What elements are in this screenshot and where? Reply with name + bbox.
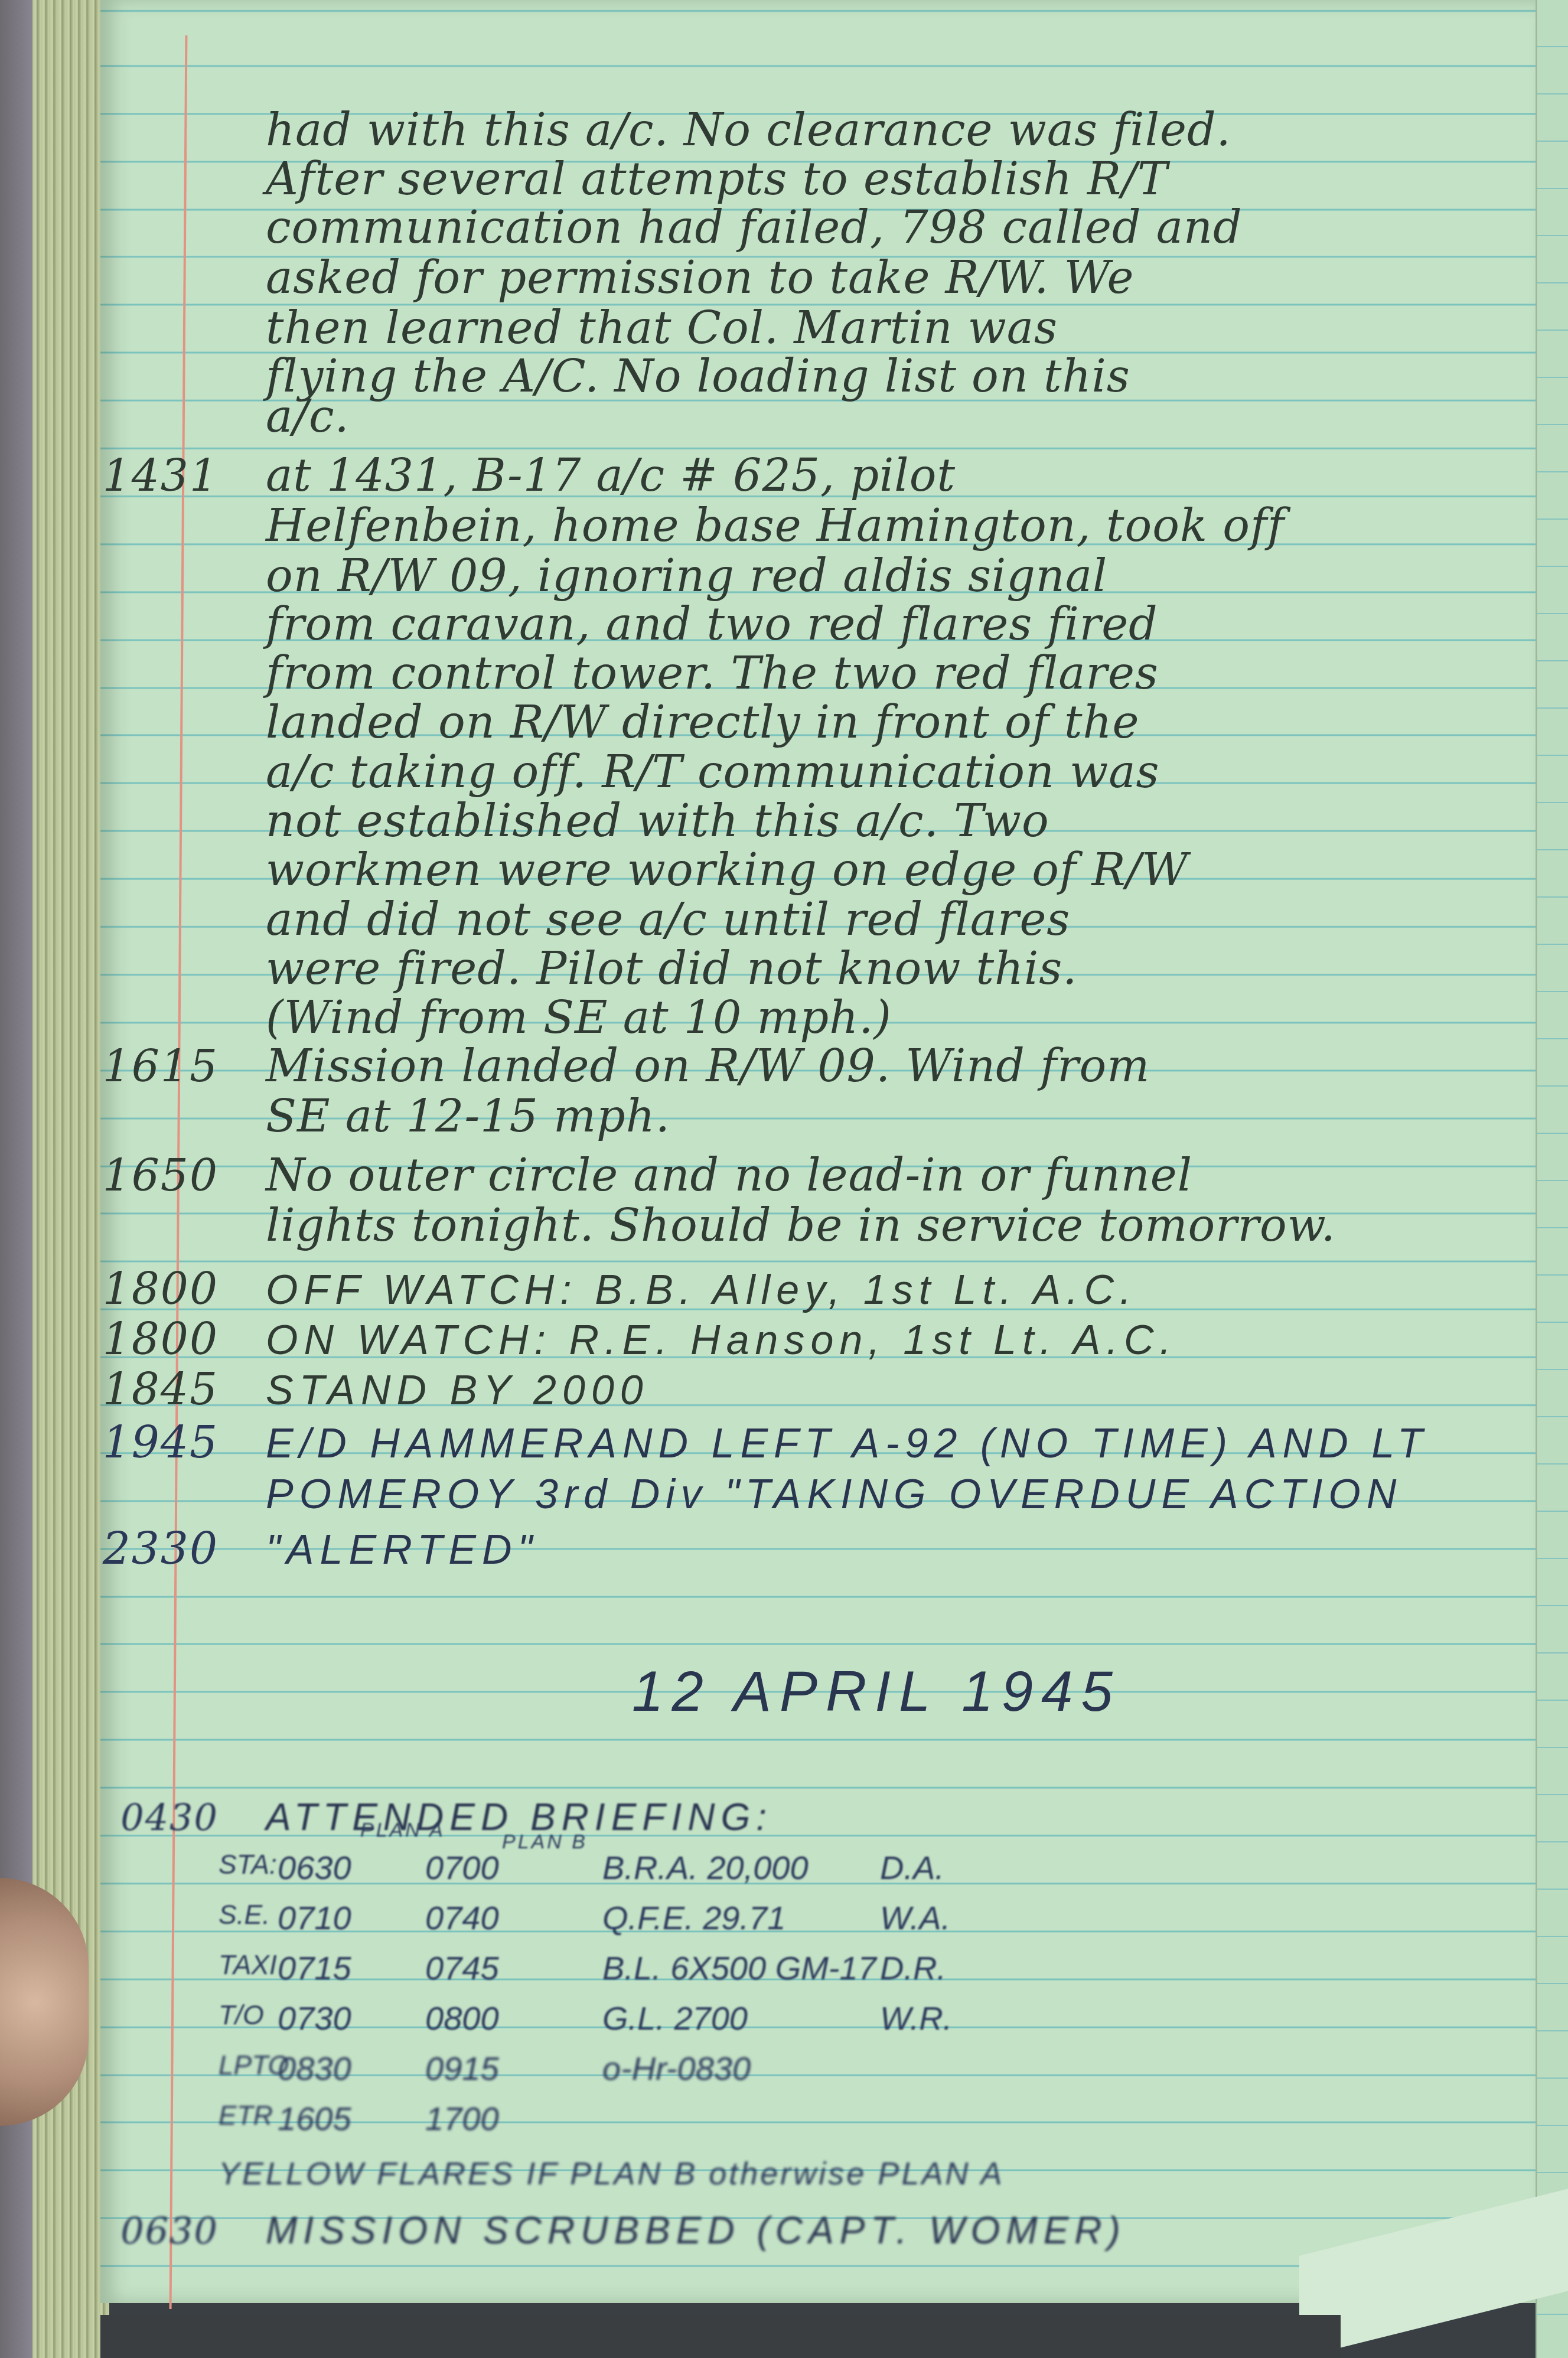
log-entry: 1431at 1431, B-17 a/c # 625, pilot — [100, 449, 1518, 501]
briefing-entry: 0430 ATTENDED BRIEFING: — [100, 1795, 1518, 1839]
log-entry: 1800ON WATCH: R.E. Hanson, 1st Lt. A.C. — [100, 1314, 1518, 1365]
entry-time: 1431 — [100, 451, 248, 501]
log-entry: 1945E/D HAMMERAND LEFT A-92 (NO TIME) AN… — [100, 1417, 1518, 1468]
log-entry: 0630 MISSION SCRUBBED (CAPT. WOMER) — [100, 2209, 1518, 2252]
continuation-line: asked for permission to take R/W. We — [100, 251, 1518, 304]
entry-time: 1650 — [100, 1150, 248, 1201]
entry-time: 0630 — [100, 2209, 248, 2252]
log-entry-line: (Wind from SE at 10 mph.) — [100, 991, 1518, 1043]
log-content: had with this a/c. No clearance was file… — [100, 0, 1536, 2303]
briefing-row: TAXI 0715 0745 B.L. 6X500 GM-17 D.R. — [219, 1949, 969, 1987]
entry-time: 1800 — [100, 1264, 248, 1315]
continuation-line: After several attempts to establish R/T — [100, 152, 1518, 205]
log-entry-line: on R/W 09, ignoring red aldis signal — [100, 549, 1518, 602]
continuation-line: then learned that Col. Martin was — [100, 301, 1518, 354]
entry-time: 1945 — [100, 1417, 248, 1468]
facing-page — [1536, 0, 1568, 2358]
date-heading: 12 APRIL 1945 — [632, 1659, 1121, 1724]
log-entry: 2330"ALERTED" — [100, 1524, 1518, 1574]
entry-time: 1800 — [100, 1314, 248, 1365]
log-entry-line: workmen were working on edge of R/W — [100, 843, 1518, 896]
log-entry-line: a/c taking off. R/T communication was — [100, 745, 1518, 798]
entry-time: 0430 — [100, 1796, 248, 1839]
plan-a-label: PLAN A — [360, 1819, 445, 1842]
log-entry: 1615Mission landed on R/W 09. Wind from — [100, 1039, 1518, 1092]
briefing-row: STA: 0630 0700 B.R.A. 20,000 D.A. — [219, 1848, 969, 1887]
continuation-line: a/c. — [100, 390, 1518, 442]
entry-time: 1615 — [100, 1041, 248, 1092]
continuation-line: communication had failed, 798 called and — [100, 201, 1518, 253]
log-entry-line: not established with this a/c. Two — [100, 794, 1518, 847]
bottom-shadow — [100, 2315, 1341, 2358]
log-entry-line: lights tonight. Should be in service tom… — [100, 1199, 1518, 1251]
log-entry-line: POMEROY 3rd Div "TAKING OVERDUE ACTION — [100, 1470, 1518, 1518]
briefing-row: T/O 0730 0800 G.L. 2700 W.R. — [219, 1999, 969, 2037]
log-entry: 1845STAND BY 2000 — [100, 1364, 1518, 1415]
log-entry-line: Helfenbein, home base Hamington, took of… — [100, 499, 1518, 552]
entry-time: 2330 — [100, 1524, 248, 1574]
log-entry: 1650No outer circle and no lead-in or fu… — [100, 1149, 1518, 1201]
briefing-footer: YELLOW FLARES IF PLAN B otherwise PLAN A — [219, 2155, 1004, 2192]
log-entry: 1800OFF WATCH: B.B. Alley, 1st Lt. A.C. — [100, 1264, 1518, 1315]
log-entry-line: were fired. Pilot did not know this. — [100, 942, 1518, 994]
entry-time: 1845 — [100, 1364, 248, 1415]
log-entry-line: from control tower. The two red flares — [100, 647, 1518, 699]
continuation-line: had with this a/c. No clearance was file… — [100, 103, 1518, 156]
briefing-row: S.E. 0710 0740 Q.F.E. 29.71 W.A. — [219, 1899, 969, 1937]
briefing-row: LPTO 0830 0915 o-Hr-0830 — [219, 2049, 969, 2088]
log-entry-line: and did not see a/c until red flares — [100, 893, 1518, 945]
log-entry-line: landed on R/W directly in front of the — [100, 696, 1518, 748]
briefing-row: ETR 1605 1700 — [219, 2099, 969, 2138]
log-entry-line: from caravan, and two red flares fired — [100, 598, 1518, 650]
log-entry-line: SE at 12-15 mph. — [100, 1090, 1518, 1142]
